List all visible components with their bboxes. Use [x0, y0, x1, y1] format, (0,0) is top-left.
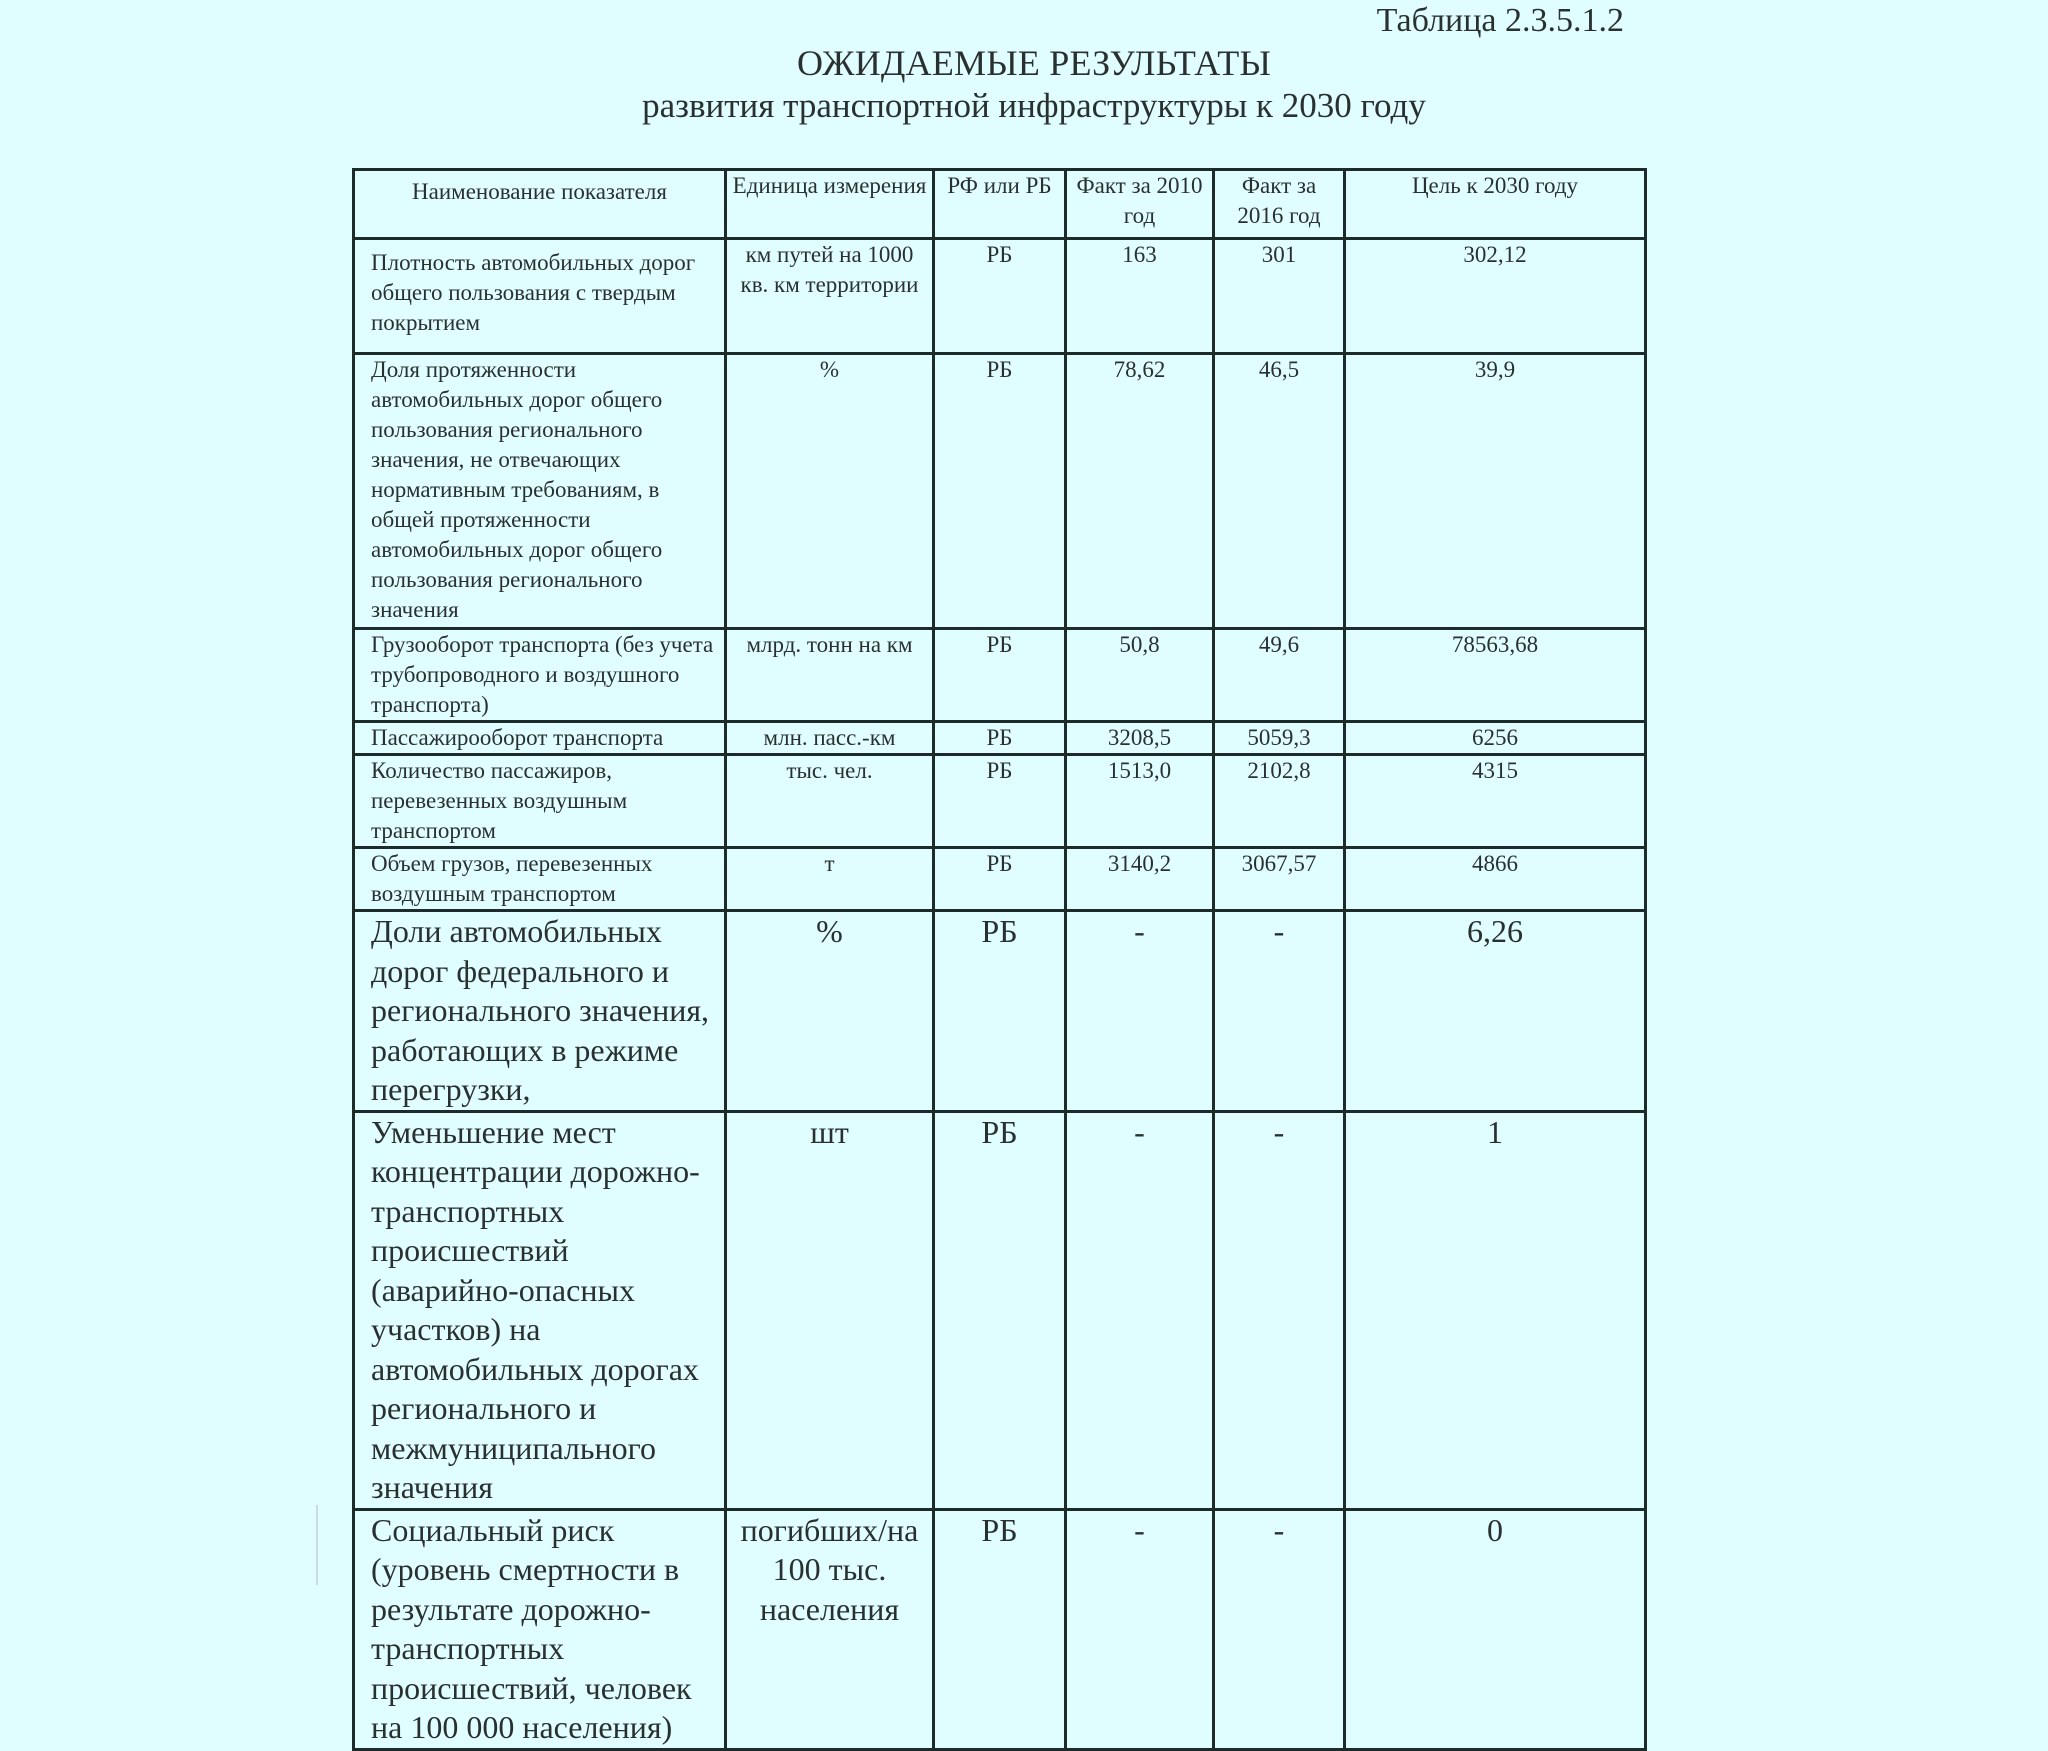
- cell-fact-2016: 2102,8: [1214, 755, 1345, 848]
- table-row: Пассажирооборот транспорта млн. пасс.-км…: [354, 722, 1646, 755]
- cell-fact-2010: 78,62: [1066, 354, 1214, 629]
- table-header-row: Наименование показателя Единица измерени…: [354, 170, 1646, 239]
- cell-goal-2030: 4315: [1345, 755, 1646, 848]
- cell-unit: погибших/на 100 тыс. населения: [726, 1509, 934, 1749]
- table-row: Уменьшение мест концентрации дорожно-тра…: [354, 1111, 1646, 1509]
- cell-unit: %: [726, 911, 934, 1112]
- cell-fact-2016: -: [1214, 911, 1345, 1112]
- cell-name: Объем грузов, перевезенных воздушным тра…: [354, 848, 726, 911]
- cell-fact-2016: 301: [1214, 239, 1345, 354]
- cell-goal-2030: 78563,68: [1345, 629, 1646, 722]
- cell-name: Грузооборот транспорта (без учета трубоп…: [354, 629, 726, 722]
- table-number: Таблица 2.3.5.1.2: [1377, 2, 1624, 40]
- cell-fact-2010: 3208,5: [1066, 722, 1214, 755]
- cell-goal-2030: 302,12: [1345, 239, 1646, 354]
- cell-unit: шт: [726, 1111, 934, 1509]
- cell-name: Количество пассажиров, перевезенных возд…: [354, 755, 726, 848]
- cell-name: Доли автомобильных дорог федерального и …: [354, 911, 726, 1112]
- cell-rf-or-rb: РБ: [934, 239, 1066, 354]
- cell-goal-2030: 6,26: [1345, 911, 1646, 1112]
- header-fact-2010: Факт за 2010 год: [1066, 170, 1214, 239]
- cell-fact-2010: 1513,0: [1066, 755, 1214, 848]
- header-name: Наименование показателя: [354, 170, 726, 239]
- cell-fact-2016: -: [1214, 1111, 1345, 1509]
- table-row: Доли автомобильных дорог федерального и …: [354, 911, 1646, 1112]
- table-row: Плотность автомобильных дорог общего пол…: [354, 239, 1646, 354]
- cell-fact-2016: -: [1214, 1509, 1345, 1749]
- cell-fact-2016: 49,6: [1214, 629, 1345, 722]
- cell-unit: млн. пасс.-км: [726, 722, 934, 755]
- cell-rf-or-rb: РБ: [934, 722, 1066, 755]
- cell-rf-or-rb: РБ: [934, 354, 1066, 629]
- cell-name: Доля протяженности автомобильных дорог о…: [354, 354, 726, 629]
- table-row: Доля протяженности автомобильных дорог о…: [354, 354, 1646, 629]
- cell-unit: млрд. тонн на км: [726, 629, 934, 722]
- cell-fact-2010: -: [1066, 1111, 1214, 1509]
- results-table: Наименование показателя Единица измерени…: [352, 168, 1647, 1751]
- cell-unit: км путей на 1000 кв. км территории: [726, 239, 934, 354]
- document-subtitle: развития транспортной инфраструктуры к 2…: [0, 86, 2048, 126]
- header-unit: Единица измерения: [726, 170, 934, 239]
- cell-fact-2010: -: [1066, 911, 1214, 1112]
- cell-name: Пассажирооборот транспорта: [354, 722, 726, 755]
- cell-rf-or-rb: РБ: [934, 1111, 1066, 1509]
- cell-rf-or-rb: РБ: [934, 629, 1066, 722]
- table-row: Количество пассажиров, перевезенных возд…: [354, 755, 1646, 848]
- cell-rf-or-rb: РБ: [934, 1509, 1066, 1749]
- cell-fact-2010: -: [1066, 1509, 1214, 1749]
- cell-name: Социальный риск (уровень смертности в ре…: [354, 1509, 726, 1749]
- cell-fact-2016: 3067,57: [1214, 848, 1345, 911]
- cell-goal-2030: 4866: [1345, 848, 1646, 911]
- cell-fact-2010: 50,8: [1066, 629, 1214, 722]
- cell-name: Плотность автомобильных дорог общего пол…: [354, 239, 726, 354]
- cell-unit: %: [726, 354, 934, 629]
- table-row: Социальный риск (уровень смертности в ре…: [354, 1509, 1646, 1749]
- margin-mark: [316, 1505, 318, 1585]
- cell-goal-2030: 6256: [1345, 722, 1646, 755]
- cell-goal-2030: 0: [1345, 1509, 1646, 1749]
- cell-rf-or-rb: РБ: [934, 755, 1066, 848]
- cell-rf-or-rb: РБ: [934, 911, 1066, 1112]
- cell-fact-2010: 3140,2: [1066, 848, 1214, 911]
- table-row: Грузооборот транспорта (без учета трубоп…: [354, 629, 1646, 722]
- document-title: ОЖИДАЕМЫЕ РЕЗУЛЬТАТЫ: [0, 42, 2048, 84]
- cell-name: Уменьшение мест концентрации дорожно-тра…: [354, 1111, 726, 1509]
- table-row: Объем грузов, перевезенных воздушным тра…: [354, 848, 1646, 911]
- cell-fact-2016: 5059,3: [1214, 722, 1345, 755]
- cell-rf-or-rb: РБ: [934, 848, 1066, 911]
- cell-fact-2016: 46,5: [1214, 354, 1345, 629]
- cell-fact-2010: 163: [1066, 239, 1214, 354]
- header-rf-or-rb: РФ или РБ: [934, 170, 1066, 239]
- header-goal-2030: Цель к 2030 году: [1345, 170, 1646, 239]
- cell-unit: тыс. чел.: [726, 755, 934, 848]
- header-fact-2016: Факт за 2016 год: [1214, 170, 1345, 239]
- cell-goal-2030: 39,9: [1345, 354, 1646, 629]
- cell-goal-2030: 1: [1345, 1111, 1646, 1509]
- cell-unit: т: [726, 848, 934, 911]
